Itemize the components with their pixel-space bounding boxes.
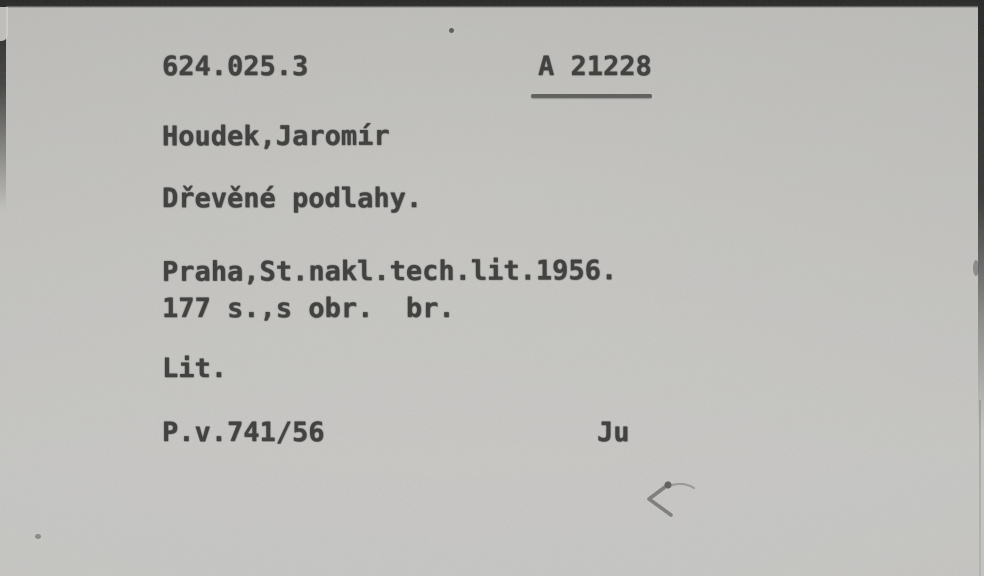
scan-edge-top xyxy=(0,0,984,8)
cataloguer-initials: Ju xyxy=(597,418,630,448)
collation-line: 177 s.,s obr. br. xyxy=(162,294,455,324)
record-number: P.v.741/56 xyxy=(162,418,325,448)
scan-edge-right-faint xyxy=(979,400,981,576)
edge-smudge xyxy=(973,260,979,276)
catalog-card-scan: 624.025.3 A 21228 Houdek,Jaromír Dřevěné… xyxy=(0,0,984,576)
dust-speck-top xyxy=(449,28,454,33)
classification-number: 624.025.3 xyxy=(162,52,308,82)
card-corner-notch xyxy=(0,7,8,41)
paper-grain-texture xyxy=(0,0,984,576)
accession-number: A 21228 xyxy=(538,52,652,82)
pencil-check-mark xyxy=(636,472,708,524)
dust-speck-bottom xyxy=(35,534,41,539)
accession-underline xyxy=(531,94,652,98)
bibliography-note: Lit. xyxy=(162,354,227,384)
scan-edge-right xyxy=(978,0,984,430)
imprint-line: Praha,St.nakl.tech.lit.1956. xyxy=(162,256,617,287)
book-title: Dřevěné podlahy. xyxy=(162,184,422,214)
author-name: Houdek,Jaromír xyxy=(162,122,390,152)
